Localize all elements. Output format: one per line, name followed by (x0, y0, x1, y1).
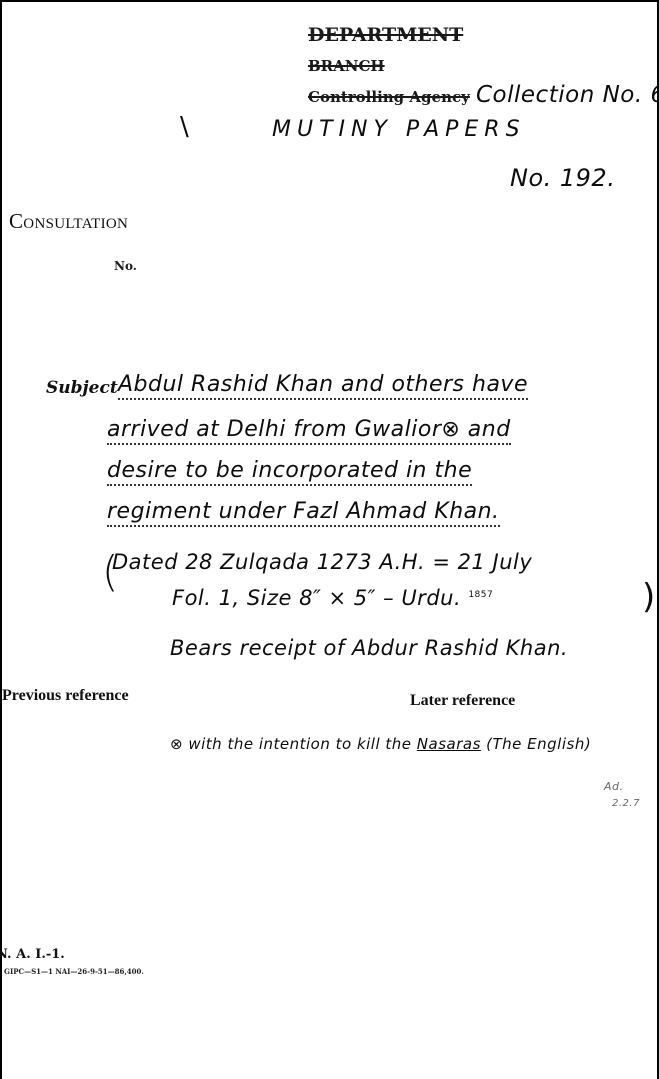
consultation-heading: Consultation (9, 209, 128, 234)
initials-date: 2.2.7 (612, 798, 640, 809)
previous-reference-label: Previous reference (2, 687, 129, 705)
consultation-number-label: No. (114, 259, 137, 273)
file-number: No. 192. (510, 164, 615, 192)
footnote-underlined-word: Nasaras (417, 735, 481, 753)
close-paren-mark: ) (642, 577, 656, 617)
year-note: 1857 (468, 590, 493, 600)
footnote: ⊗ with the intention to kill the Nasaras… (170, 735, 591, 753)
date-line: Dated 28 Zulqada 1273 A.H. = 21 July (112, 550, 532, 574)
print-info: GIPC—S1—1 NAI—26-9-51—86,400. (4, 967, 144, 976)
subject-label: Subject (46, 378, 118, 398)
footnote-text-after: (The English) (481, 735, 591, 753)
form-code: N. A. I.-1. (0, 947, 65, 962)
receipt-line: Bears receipt of Abdur Rashid Khan. (170, 636, 568, 660)
subject-line-4: regiment under Fazl Ahmad Khan. (107, 499, 500, 527)
document-page: DEPARTMENT BRANCH Controlling Agency Col… (0, 0, 659, 1079)
footnote-marker: ⊗ (170, 735, 183, 753)
controlling-agency-label: Controlling Agency (308, 88, 470, 106)
initials-signature: Ad. (604, 780, 624, 793)
folio-size-language-line: Fol. 1, Size 8″ × 5″ – Urdu. 1857 (172, 586, 493, 610)
folio-size-text: Fol. 1, Size 8″ × 5″ – Urdu. (172, 586, 461, 610)
department-label: DEPARTMENT (308, 24, 463, 46)
series-title: MUTINY PAPERS (272, 117, 526, 142)
subject-line-2: arrived at Delhi from Gwalior⊗ and (107, 417, 511, 445)
subject-line-3: desire to be incorporated in the (107, 458, 472, 486)
later-reference-label: Later reference (410, 692, 515, 710)
branch-label: BRANCH (308, 57, 385, 75)
collection-number: Collection No. 61. (476, 82, 659, 108)
footnote-text-before: with the intention to kill the (183, 735, 417, 753)
backslash-mark: \ (180, 112, 189, 142)
subject-line-1: Abdul Rashid Khan and others have (118, 372, 528, 400)
